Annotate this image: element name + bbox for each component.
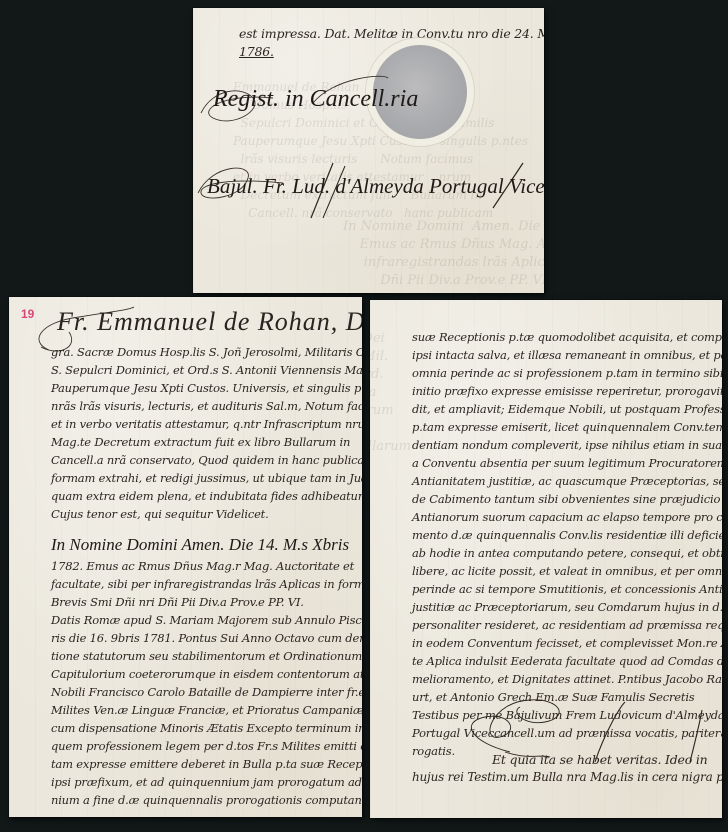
- text-line: p.tam expresse emiserit, licet quinquenn…: [412, 420, 722, 434]
- text-line: dentiam nondum compleverit, ipse nihilus…: [412, 438, 722, 452]
- text-line: quam extra eidem plena, et indubitata fi…: [51, 489, 362, 503]
- text-line: Nobili Francisco Carolo Bataille de Damp…: [51, 685, 362, 699]
- text-line: personaliter resideret, ac residentiam a…: [412, 618, 722, 632]
- text-line: et in verbo veritatis attestamur, q.ntr …: [51, 417, 362, 431]
- text-line: tam expresse emittere deberet in Bulla p…: [51, 757, 362, 771]
- text-line: dit, et ampliavit; Eidemque Nobili, ut p…: [412, 402, 722, 416]
- grand-master-heading: Fr. Emmanuel de Rohan, Dei: [57, 307, 362, 337]
- text-line: Antianorum suorum capacium ac elapso tem…: [412, 510, 722, 524]
- show-through-text-lower: In Nomine Domini Amen. Die 14. M.s Xbris…: [343, 218, 544, 290]
- text-line: quem professionem legem per d.tos Fr.s M…: [51, 739, 362, 753]
- text-line: gra. Sacræ Domus Hosp.lis S. Joñ Jerosol…: [51, 345, 362, 359]
- top-document-page: Emmanuel de Rohan Dei Domus Hosp.lis Mil…: [193, 8, 544, 293]
- text-line: omnia perinde ac si professionem p.tam i…: [412, 366, 722, 380]
- text-line: Portugal Viceccancell.um ad præmissa voc…: [412, 726, 722, 740]
- text-line: Pauperumque Jesu Xpti Custos. Universis,…: [51, 381, 362, 395]
- attestation-year: 1786.: [239, 44, 274, 59]
- text-line: S. Sepulcri Dominici, et Ord.s S. Antoni…: [51, 363, 362, 377]
- text-line: libere, ac licite possit, et valeat in o…: [412, 564, 722, 578]
- text-line: ab hodie in antea computando petere, con…: [412, 546, 722, 560]
- text-line: melioramento, et Dignitates attinet. P.n…: [412, 672, 722, 686]
- text-line: justitiæ ac Præceptoriarum, seu Comdarum…: [412, 600, 722, 614]
- text-line: nrãs lrãs visuris, lecturis, et audituri…: [51, 399, 362, 413]
- in-nomine-heading: In Nomine Domini Amen. Die 14. M.s Xbris: [51, 535, 349, 555]
- text-line: tione statutorum seu stabilimentorum et …: [51, 649, 362, 663]
- registration-note: Regist. in Cancell.ria: [213, 86, 418, 113]
- right-document-page: Dei Mil. Ord. gra nrum in Bullarum suæ R…: [370, 300, 722, 818]
- text-line: suæ Receptionis p.tæ quomodolibet acquis…: [412, 330, 722, 344]
- text-line: de Cabimento tantum sibi obvenientes sin…: [412, 492, 722, 506]
- vice-chancellor-signature: Bajul. Fr. Lud. d'Almeyda Portugal Vicec…: [207, 174, 544, 199]
- folio-number: 19: [21, 307, 34, 321]
- text-line: facultate, sibi per infraregistrandas lr…: [51, 577, 362, 591]
- left-document-page: 19 Fr. Emmanuel de Rohan, Dei gra. Sacræ…: [9, 297, 362, 817]
- text-line: Mag.te Decretum extractum fuit ex libro …: [51, 435, 350, 449]
- text-line: formam extrahi, et redigi jussimus, ut u…: [51, 471, 362, 485]
- text-line: Datis Romæ apud S. Mariam Majorem sub An…: [51, 613, 362, 627]
- text-line: a Conventu absentia per suum legitimum P…: [412, 456, 722, 470]
- text-line: Milites Ven.æ Linguæ Franciæ, et Priorat…: [51, 703, 362, 717]
- show-through-text: Dei Mil. Ord. gra nrum in Bullarum: [370, 330, 411, 456]
- text-line: ris die 16. 9bris 1781. Pontus Sui Anno …: [51, 631, 362, 645]
- text-line: Antianitatem justitiæ, ac quascumque Præ…: [412, 474, 722, 488]
- text-line: in eodem Conventum fecisset, et complevi…: [412, 636, 722, 650]
- text-line: 1782. Emus ac Rmus Dñus Mag.r Mag. Aucto…: [51, 559, 354, 573]
- text-line: Cancell.a nrã conservato, Quod quidem in…: [51, 453, 362, 467]
- text-line: te Aplica indulsit Eederata facultate qu…: [412, 654, 722, 668]
- text-line: urt, et Antonio Grech Em.æ Suæ Famulis S…: [412, 690, 695, 704]
- text-line: initio præfixo expresse emisisse reperir…: [412, 384, 722, 398]
- text-line: nium a fine d.æ quinquennalis prorogatio…: [51, 793, 362, 807]
- text-line: Capitulorium coeterorumque in eisdem con…: [51, 667, 362, 681]
- text-line: ipsi præfixum, et ad quinquennium jam pr…: [51, 775, 362, 789]
- closing-line-2: hujus rei Testim.um Bulla nra Mag.lis in…: [412, 770, 722, 784]
- text-line: perinde ac si tempore Smutitionis, et co…: [412, 582, 722, 596]
- text-line: Testibus per me Bajulivum Frem Ludovicum…: [412, 708, 722, 722]
- closing-line-1: Et quia ita se habet veritas. Ideo in: [492, 752, 707, 767]
- text-line: rogatis.: [412, 744, 455, 758]
- attestation-line-1: est impressa. Dat. Melitæ in Conv.tu nro…: [239, 26, 544, 41]
- text-line: ipsi intacta salva, et illæsa remaneant …: [412, 348, 722, 362]
- text-line: mento d.æ quinquennalis Conv.lis residen…: [412, 528, 722, 542]
- text-line: Cujus tenor est, qui sequitur Videlicet.: [51, 507, 269, 521]
- text-line: Brevis Smi Dñi nri Dñi Pii Div.a Prov.e …: [51, 595, 304, 609]
- text-line: cum dispensatione Minoris Ætatis Excepto…: [51, 721, 362, 735]
